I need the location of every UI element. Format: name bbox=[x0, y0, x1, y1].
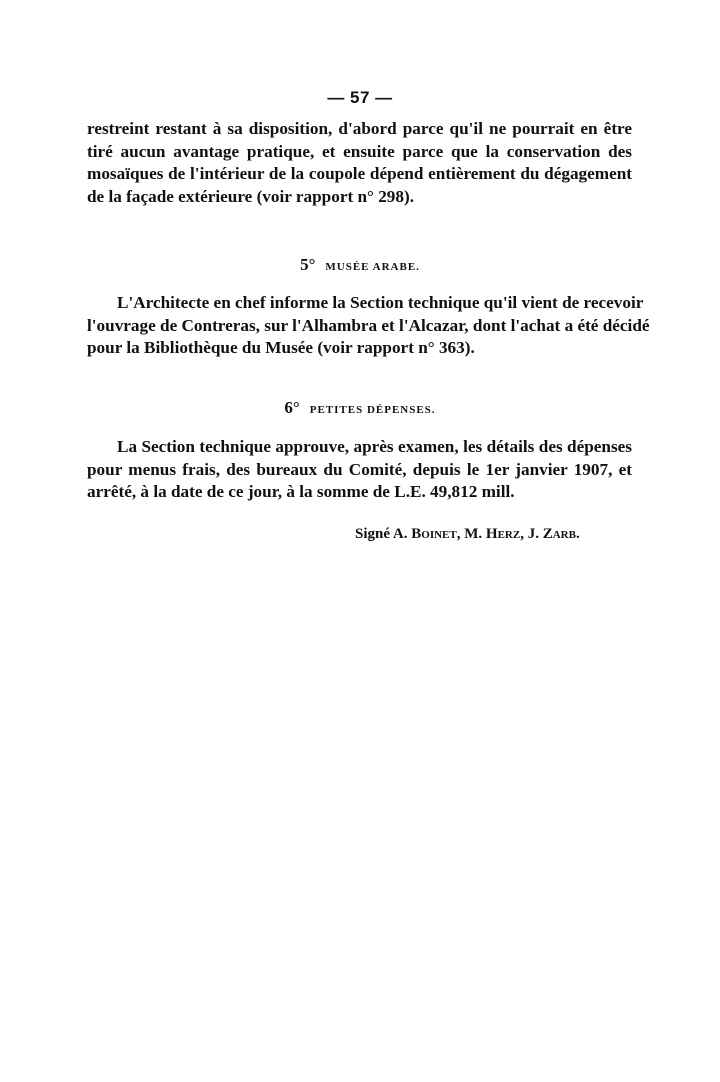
signatory-name: Zarb bbox=[543, 526, 576, 542]
paragraph-continuation: restreint restant à sa disposition, d'ab… bbox=[87, 118, 632, 208]
signature: Signé A. Boinet, M. Herz, J. Zarb. bbox=[355, 526, 580, 543]
text-line: tiré aucun avantage pratique, et ensuite… bbox=[87, 141, 632, 164]
text-line: de la façade extérieure (voir rapport n°… bbox=[87, 186, 632, 209]
paragraph-musee-arabe: L'Architecte en chef informe la Section … bbox=[87, 292, 632, 360]
text-line: restreint restant à sa disposition, d'ab… bbox=[87, 118, 632, 141]
section-heading-musee-arabe: 5° MUSÉE ARABE. bbox=[0, 255, 720, 275]
text-line: pour menus frais, des bureaux du Comité,… bbox=[87, 459, 632, 482]
section-title: MUSÉE ARABE. bbox=[325, 261, 420, 273]
section-number: 5° bbox=[300, 255, 315, 274]
signatory-name: Herz bbox=[486, 526, 520, 542]
text-line: L'Architecte en chef informe la Section … bbox=[87, 292, 632, 315]
signatory-name: Boinet bbox=[411, 526, 456, 542]
section-number: 6° bbox=[284, 398, 299, 417]
section-heading-petites-depenses: 6° PETITES DÉPENSES. bbox=[0, 398, 720, 418]
paragraph-petites-depenses: La Section technique approuve, après exa… bbox=[87, 436, 632, 504]
text-line: l'ouvrage de Contreras, sur l'Alhambra e… bbox=[87, 315, 632, 338]
page-number: — 57 — bbox=[0, 88, 720, 108]
text-line: pour la Bibliothèque du Musée (voir rapp… bbox=[87, 337, 632, 360]
section-title: PETITES DÉPENSES. bbox=[310, 404, 436, 416]
text-line: arrêté, à la date de ce jour, à la somme… bbox=[87, 481, 632, 504]
text-line: mosaïques de l'intérieur de la coupole d… bbox=[87, 163, 632, 186]
text-line: La Section technique approuve, après exa… bbox=[87, 436, 632, 459]
